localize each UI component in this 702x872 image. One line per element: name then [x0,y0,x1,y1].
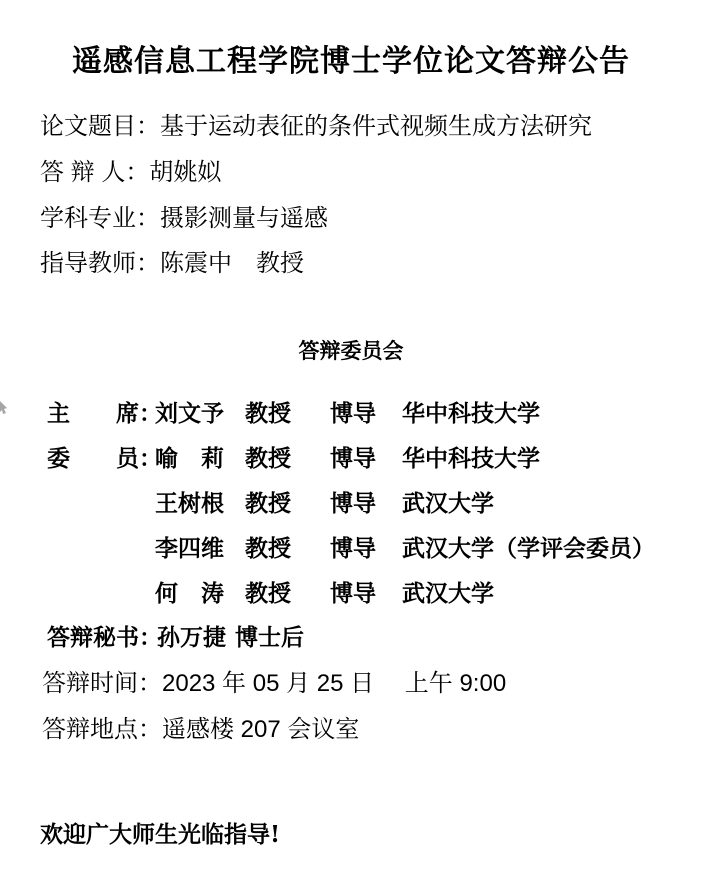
member-name: 李四维 [155,535,245,563]
thesis-title-value: 基于运动表征的条件式视频生成方法研究 [160,113,592,140]
member-title: 教授 [245,400,330,428]
member-advisor-status: 博导 [330,400,402,428]
member-affiliation: 武汉大学 [402,490,494,518]
committee-row-chair: 主 席： 刘文予 教授 博导 华中科技大学 [47,400,540,428]
defense-place-line: 答辩地点：遥感楼 207 会议室 [42,716,359,744]
defense-time-value: 2023 年 05 月 25 日 上午 9:00 [162,670,506,697]
supervisor-value: 陈震中 教授 [160,250,304,277]
thesis-title-label: 论文题目： [40,113,160,140]
member-name: 王树根 [155,490,245,518]
thesis-title-line: 论文题目：基于运动表征的条件式视频生成方法研究 [40,113,592,141]
supervisor-label: 指导教师： [40,250,160,277]
member-advisor-status: 博导 [330,490,402,518]
member-role [47,490,155,518]
member-title: 教授 [245,445,330,473]
major-line: 学科专业：摄影测量与遥感 [40,205,328,233]
member-advisor-status: 博导 [330,580,402,608]
member-advisor-status: 博导 [330,535,402,563]
member-role [47,535,155,563]
member-name: 喻 莉 [155,445,245,473]
defense-place-label: 答辩地点： [42,716,162,743]
committee-header: 答辩委员会 [0,337,702,365]
secretary-name: 孙万捷 [157,624,235,652]
member-role: 委 员： [47,445,155,473]
member-role [47,580,155,608]
member-title: 教授 [245,490,330,518]
candidate-line: 答 辩 人：胡姚姒 [40,159,221,187]
member-affiliation: 武汉大学 [402,580,494,608]
candidate-label: 答 辩 人： [40,159,149,186]
major-label: 学科专业： [40,205,160,232]
page-title: 遥感信息工程学院博士学位论文答辩公告 [0,36,702,80]
member-title: 教授 [245,535,330,563]
secretary-line: 答辩秘书： 孙万捷 博士后 [47,624,304,652]
member-affiliation: 华中科技大学 [402,400,540,428]
candidate-name: 胡姚姒 [149,159,221,186]
committee-row-member: 委 员： 喻 莉 教授 博导 华中科技大学 [47,445,540,473]
document-page: { "page": { "title": "遥感信息工程学院博士学位论文答辩公告… [0,0,702,872]
supervisor-line: 指导教师：陈震中 教授 [40,250,304,278]
major-value: 摄影测量与遥感 [160,205,328,232]
member-title: 教授 [245,580,330,608]
committee-row-member: 李四维 教授 博导 武汉大学（学评会委员） [47,535,655,563]
secretary-label: 答辩秘书： [47,624,157,652]
secretary-title: 博士后 [235,624,304,652]
cursor-artifact [0,401,8,415]
committee-row-member: 何 涛 教授 博导 武汉大学 [47,580,494,608]
member-name: 何 涛 [155,580,245,608]
committee-row-member: 王树根 教授 博导 武汉大学 [47,490,494,518]
member-name: 刘文予 [155,400,245,428]
member-affiliation: 武汉大学（学评会委员） [402,535,655,563]
member-affiliation: 华中科技大学 [402,445,540,473]
defense-time-line: 答辩时间：2023 年 05 月 25 日 上午 9:00 [42,670,506,698]
member-advisor-status: 博导 [330,445,402,473]
welcome-note: 欢迎广大师生光临指导! [40,821,280,849]
member-role: 主 席： [47,400,155,428]
defense-place-value: 遥感楼 207 会议室 [162,716,359,743]
defense-time-label: 答辩时间： [42,670,162,697]
